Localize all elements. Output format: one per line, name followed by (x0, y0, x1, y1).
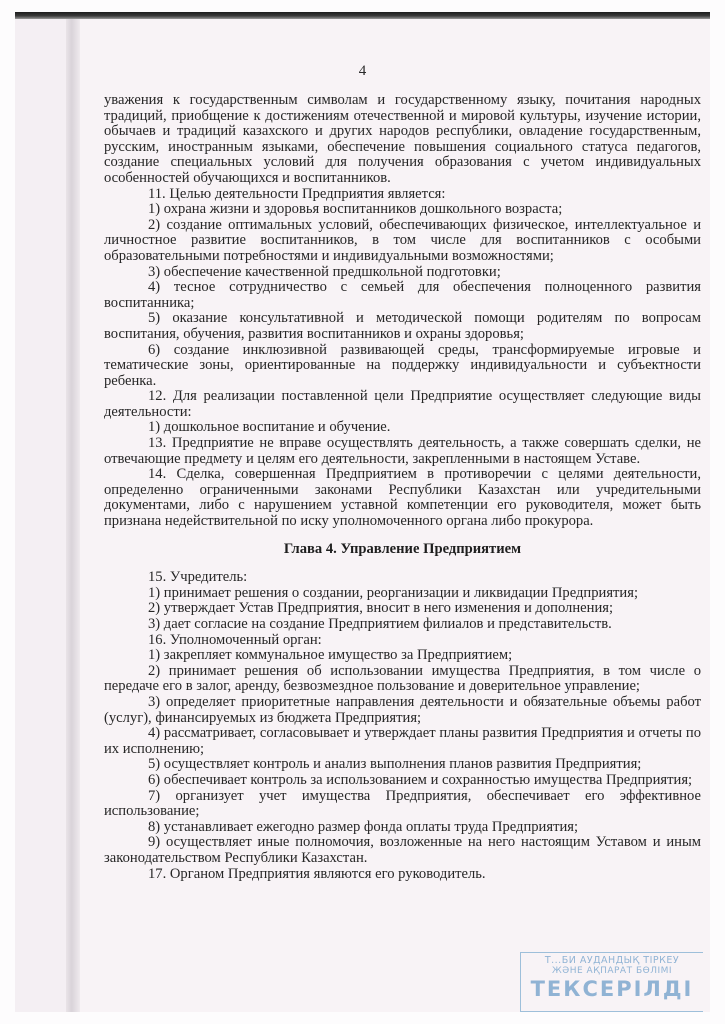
section-16-item: 5) осуществляет контроль и анализ выполн… (104, 757, 701, 773)
page-number: 4 (0, 63, 725, 80)
verification-stamp: Т...БИ АУДАНДЫҚ ТІРКЕУ ЖӘНЕ АҚПАРАТ БӨЛІ… (520, 952, 703, 1012)
section-11-item: 2) создание оптимальных условий, обеспеч… (104, 218, 701, 265)
section-17: 17. Органом Предприятия являются его рук… (104, 867, 701, 883)
scan-top-edge (15, 12, 710, 19)
section-11-item: 6) создание инклюзивной развивающей сред… (104, 343, 701, 390)
section-16-item: 6) обеспечивает контроль за использовани… (104, 773, 701, 789)
section-16-item: 1) закрепляет коммунальное имущество за … (104, 648, 701, 664)
section-13: 13. Предприятие не вправе осуществлять д… (104, 436, 701, 467)
stamp-line-2: ЖӘНЕ АҚПАРАТ БӨЛІМІ (521, 966, 703, 976)
section-11-title: 11. Целью деятельности Предприятия являе… (104, 187, 701, 203)
section-16-item: 4) рассматривает, согласовывает и утверж… (104, 726, 701, 757)
page-fold-shadow (66, 19, 80, 1012)
section-15-title: 15. Учредитель: (104, 570, 701, 586)
document-body: уважения к государственным символам и го… (104, 93, 701, 882)
section-11-item: 5) оказание консультативной и методическ… (104, 311, 701, 342)
intro-paragraph: уважения к государственным символам и го… (104, 93, 701, 187)
section-16-item: 7) организует учет имущества Предприятия… (104, 789, 701, 820)
section-11-item: 4) тесное сотрудничество с семьей для об… (104, 280, 701, 311)
section-12-item: 1) дошкольное воспитание и обучение. (104, 420, 701, 436)
section-16-item: 8) устанавливает ежегодно размер фонда о… (104, 820, 701, 836)
section-15-item: 2) утверждает Устав Предприятия, вносит … (104, 601, 701, 617)
section-16-item: 9) осуществляет иные полномочия, возложе… (104, 835, 701, 866)
section-16-title: 16. Уполномоченный орган: (104, 633, 701, 649)
section-15-item: 1) принимает решения о создании, реорган… (104, 586, 701, 602)
section-16-item: 3) определяет приоритетные направления д… (104, 695, 701, 726)
section-16-item: 2) принимает решения об использовании им… (104, 664, 701, 695)
section-11-item: 3) обеспечение качественной предшкольной… (104, 265, 701, 281)
previous-page-edge (15, 19, 70, 1012)
section-15-item: 3) дает согласие на создание Предприятие… (104, 617, 701, 633)
section-12-title: 12. Для реализации поставленной цели Пре… (104, 389, 701, 420)
stamp-line-1: Т...БИ АУДАНДЫҚ ТІРКЕУ (521, 955, 703, 966)
stamp-line-3: ТЕКСЕРІЛДІ (521, 977, 703, 1001)
section-14: 14. Сделка, совершенная Предприятием в п… (104, 467, 701, 529)
section-11-item: 1) охрана жизни и здоровья воспитанников… (104, 202, 701, 218)
chapter-heading: Глава 4. Управление Предприятием (104, 530, 701, 571)
